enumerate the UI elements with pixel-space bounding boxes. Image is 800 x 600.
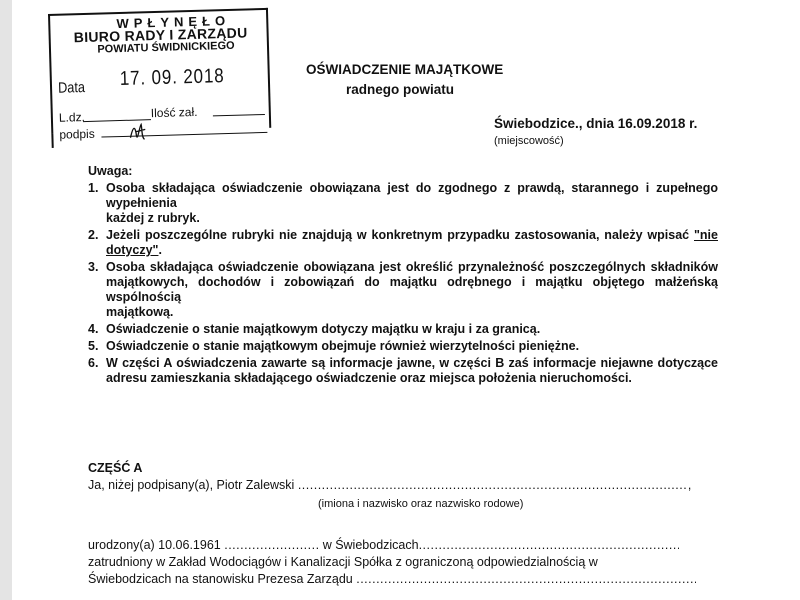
- note-item: 5. Oświadczenie o stanie majątkowym obej…: [88, 339, 718, 354]
- note-text: W części A oświadczenia zawarte są infor…: [106, 356, 718, 385]
- line-suffix: ,: [688, 478, 691, 492]
- fill-dots: ........................................…: [419, 538, 679, 552]
- stamp-signature-line: [101, 132, 267, 138]
- received-stamp: WPŁYNĘŁO BIURO RADY I ZARZĄDU POWIATU ŚW…: [48, 8, 271, 134]
- declarant-name-line: Ja, niżej podpisany(a), Piotr Zalewski .…: [88, 478, 691, 492]
- note-number: 4.: [88, 322, 98, 337]
- stamp-border: [51, 134, 53, 148]
- note-number: 3.: [88, 260, 98, 275]
- note-text: Osoba składająca oświadczenie obowiązana…: [106, 260, 718, 304]
- place-caption: (miejscowość): [494, 135, 564, 147]
- note-item: 6. W części A oświadczenia zawarte są in…: [88, 356, 718, 386]
- note-text: Jeżeli poszczególne rubryki nie znajdują…: [106, 228, 694, 242]
- document-subtitle: radnego powiatu: [346, 82, 454, 97]
- stamp-attachments-label: Ilość zał.: [151, 105, 198, 120]
- note-item: 3. Osoba składająca oświadczenie obowiąz…: [88, 260, 718, 320]
- fill-dots: ........................................…: [298, 478, 688, 492]
- birth-place: w Świebodzicach: [319, 538, 418, 552]
- note-text-continued: każdej z rubryk.: [106, 211, 200, 225]
- note-text: Oświadczenie o stanie majątkowym dotyczy…: [106, 322, 540, 336]
- name-caption: (imiona i nazwisko oraz nazwisko rodowe): [318, 498, 523, 510]
- declarant-name: Ja, niżej podpisany(a), Piotr Zalewski: [88, 478, 294, 492]
- fill-dots: ........................................…: [224, 538, 319, 552]
- notes-section: Uwaga: 1. Osoba składająca oświadczenie …: [88, 164, 718, 388]
- note-item: 1. Osoba składająca oświadczenie obowiąz…: [88, 181, 718, 226]
- employment-position: Świebodzicach na stanowisku Prezesa Zarz…: [88, 572, 353, 586]
- note-tail: .: [158, 243, 161, 257]
- stamp-signature-label: podpis: [59, 127, 95, 142]
- part-a-heading: CZĘŚĆ A: [88, 461, 142, 475]
- note-number: 6.: [88, 356, 98, 371]
- notes-list: 1. Osoba składająca oświadczenie obowiąz…: [88, 181, 718, 386]
- stamp-date-value: 17. 09. 2018: [120, 65, 225, 91]
- position-line: Świebodzicach na stanowisku Prezesa Zarz…: [88, 572, 696, 586]
- note-item: 4. Oświadczenie o stanie majątkowym doty…: [88, 322, 718, 337]
- note-number: 1.: [88, 181, 98, 196]
- note-number: 2.: [88, 228, 98, 243]
- note-text: Oświadczenie o stanie majątkowym obejmuj…: [106, 339, 579, 353]
- place-and-date: Świebodzice., dnia 16.09.2018 r.: [494, 116, 697, 131]
- note-text: Osoba składająca oświadczenie obowiązana…: [106, 181, 718, 210]
- document-title: OŚWIADCZENIE MAJĄTKOWE: [306, 62, 503, 77]
- note-number: 5.: [88, 339, 98, 354]
- stamp-attachments-line: [213, 114, 265, 116]
- employment-line: zatrudniony w Zakład Wodociągów i Kanali…: [88, 555, 598, 569]
- stamp-date-label: Data: [58, 79, 85, 97]
- birth-date: urodzony(a) 10.06.1961: [88, 538, 221, 552]
- notes-heading: Uwaga:: [88, 164, 718, 179]
- stamp-ldz-label: L.dz.: [59, 110, 85, 125]
- note-text-continued: majątkową.: [106, 305, 173, 319]
- birth-line: urodzony(a) 10.06.1961 .................…: [88, 538, 679, 552]
- handwritten-signature-icon: [127, 121, 150, 144]
- note-item: 2. Jeżeli poszczególne rubryki nie znajd…: [88, 228, 718, 258]
- fill-dots: ........................................…: [356, 572, 696, 586]
- scan-margin: [0, 0, 12, 600]
